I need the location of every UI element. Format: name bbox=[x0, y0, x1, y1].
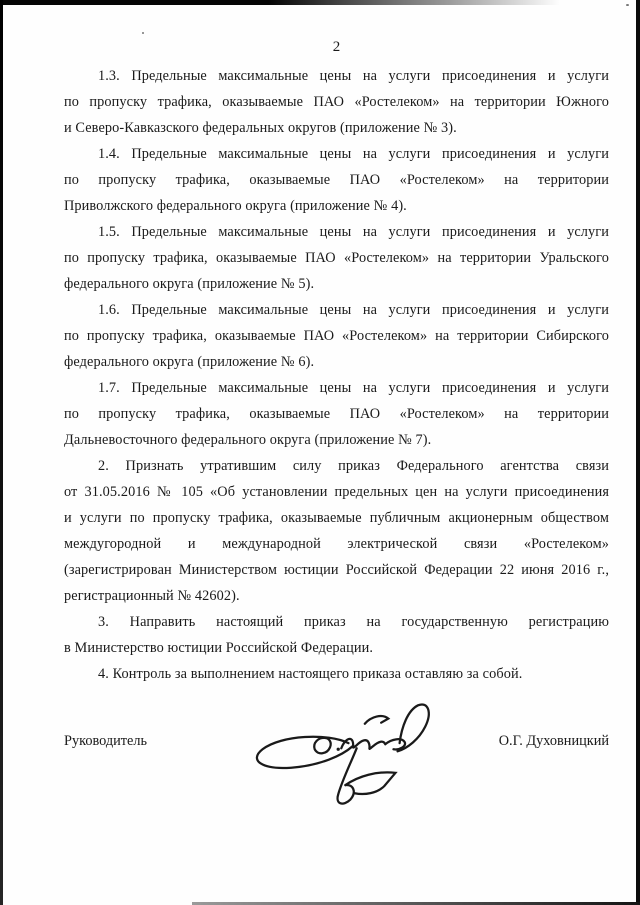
scan-edge-right bbox=[636, 0, 640, 905]
paragraph-line: и Северо-Кавказского федеральных округов… bbox=[64, 115, 609, 141]
paragraph-line: (зарегистрирован Министерством юстиции Р… bbox=[64, 557, 609, 583]
paragraph-line: 1.3. Предельные максимальные цены на усл… bbox=[64, 63, 609, 89]
document-body-text: 1.3. Предельные максимальные цены на усл… bbox=[64, 63, 609, 687]
signatory-name: О.Г. Духовницкий bbox=[499, 733, 609, 750]
paragraph-line: в Министерство юстиции Российской Федера… bbox=[64, 635, 609, 661]
page-number: 2 bbox=[64, 36, 609, 63]
paragraph-line: Приволжского федерального округа (прилож… bbox=[64, 193, 609, 219]
paragraph-line: по пропуску трафика, оказываемые ПАО «Ро… bbox=[64, 167, 609, 193]
paragraph-line: 1.5. Предельные максимальные цены на усл… bbox=[64, 219, 609, 245]
scanned-document-page: 2 1.3. Предельные максимальные цены на у… bbox=[0, 0, 640, 905]
paragraph-line: Дальневосточного федерального округа (пр… bbox=[64, 427, 609, 453]
paragraph-line: федерального округа (приложение № 5). bbox=[64, 271, 609, 297]
paragraph-line: 3. Направить настоящий приказ на государ… bbox=[64, 609, 609, 635]
paragraph-line: по пропуску трафика, оказываемые ПАО «Ро… bbox=[64, 245, 609, 271]
scan-edge-top bbox=[0, 0, 560, 5]
paragraph-line: федерального округа (приложение № 6). bbox=[64, 349, 609, 375]
paragraph-line: 2. Признать утратившим силу приказ Федер… bbox=[64, 453, 609, 479]
scan-edge-left bbox=[0, 0, 3, 905]
scan-speck bbox=[626, 4, 629, 6]
paragraph-line: и услуги по пропуску трафика, оказываемы… bbox=[64, 505, 609, 531]
paragraph-line: 1.7. Предельные максимальные цены на усл… bbox=[64, 375, 609, 401]
scan-speck bbox=[142, 32, 144, 34]
paragraph-line: от 31.05.2016 № 105 «Об установлении пре… bbox=[64, 479, 609, 505]
paragraph-line: 4. Контроль за выполнением настоящего пр… bbox=[64, 661, 609, 687]
paragraph-line: регистрационный № 42602). bbox=[64, 583, 609, 609]
paragraph-line: междугородной и международной электричес… bbox=[64, 531, 609, 557]
signature-icon bbox=[238, 692, 463, 825]
paragraph-line: 1.4. Предельные максимальные цены на усл… bbox=[64, 141, 609, 167]
paragraph-line: по пропуску трафика, оказываемые ПАО «Ро… bbox=[64, 89, 609, 115]
signatory-role-label: Руководитель bbox=[64, 733, 147, 750]
document-content: 2 1.3. Предельные максимальные цены на у… bbox=[64, 36, 609, 687]
paragraph-line: по пропуску трафика, оказываемые ПАО «Ро… bbox=[64, 323, 609, 349]
paragraph-line: по пропуску трафика, оказываемые ПАО «Ро… bbox=[64, 401, 609, 427]
signoff-row: Руководитель О.Г. Духовницкий bbox=[64, 733, 609, 750]
paragraph-line: 1.6. Предельные максимальные цены на усл… bbox=[64, 297, 609, 323]
